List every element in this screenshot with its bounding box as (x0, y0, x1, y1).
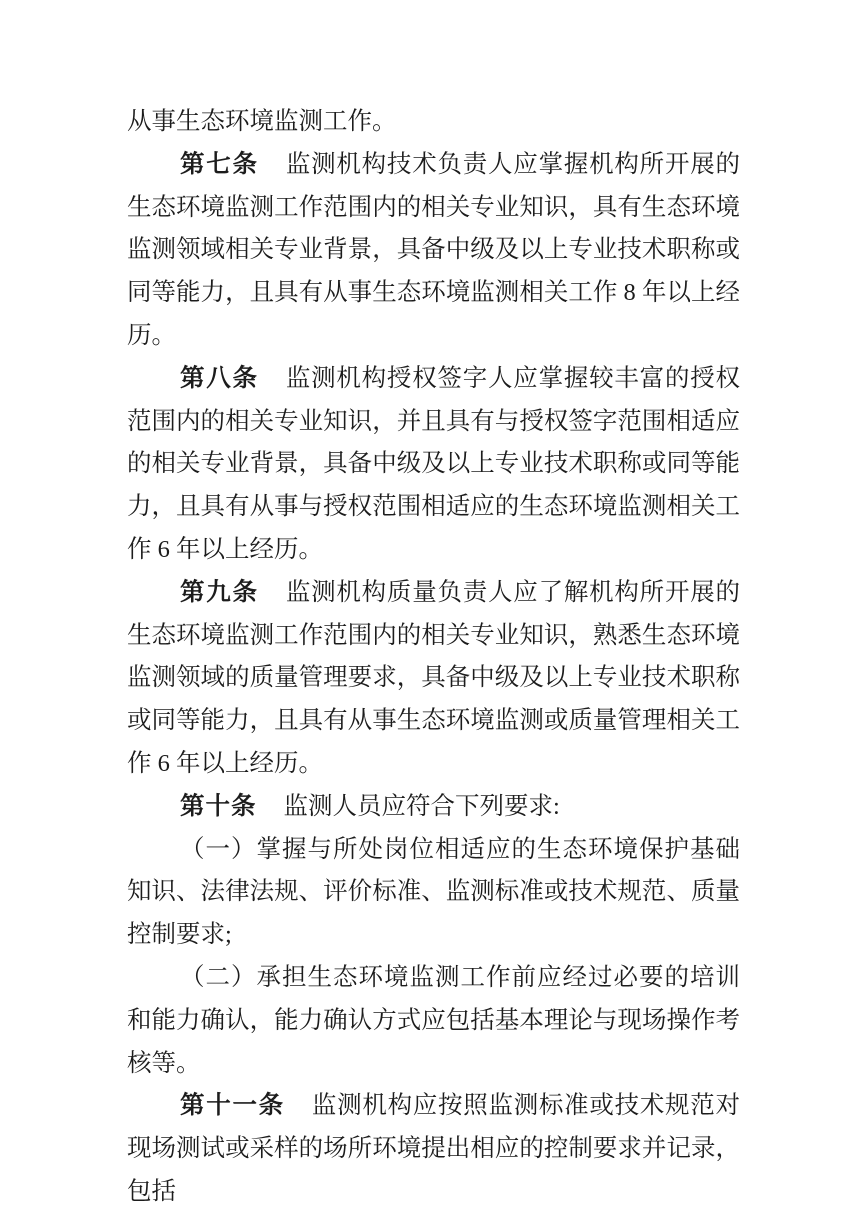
paragraph: 从事生态环境监测工作。 (127, 101, 740, 144)
paragraph-text: 监测人员应符合下列要求: (284, 793, 560, 820)
article-number: 第十条 (180, 793, 257, 820)
article-paragraph: 第九条监测机构质量负责人应了解机构所开展的生态环境监测工作范围内的相关专业知识，… (127, 572, 740, 786)
paragraph-text: 监测机构质量负责人应了解机构所开展的生态环境监测工作范围内的相关专业知识，熟悉生… (127, 579, 740, 777)
article-number: 第七条 (180, 151, 259, 178)
document-page: 从事生态环境监测工作。第七条监测机构技术负责人应掌握机构所开展的生态环境监测工作… (0, 0, 860, 1216)
paragraph: （二）承担生态环境监测工作前应经过必要的培训和能力确认，能力确认方式应包括基本理… (127, 957, 740, 1085)
article-paragraph: 第十一条监测机构应按照监测标准或技术规范对现场测试或采样的场所环境提出相应的控制… (127, 1085, 740, 1213)
article-paragraph: 第八条监测机构授权签字人应掌握较丰富的授权范围内的相关专业知识，并且具有与授权签… (127, 358, 740, 572)
article-number: 第九条 (180, 579, 259, 606)
paragraph-text: 监测机构技术负责人应掌握机构所开展的生态环境监测工作范围内的相关专业知识，具有生… (127, 151, 740, 349)
paragraph-text: 监测机构授权签字人应掌握较丰富的授权范围内的相关专业知识，并且具有与授权签字范围… (127, 365, 740, 563)
article-number: 第十一条 (180, 1092, 285, 1119)
article-paragraph: 第七条监测机构技术负责人应掌握机构所开展的生态环境监测工作范围内的相关专业知识，… (127, 144, 740, 358)
document-body: 从事生态环境监测工作。第七条监测机构技术负责人应掌握机构所开展的生态环境监测工作… (127, 101, 740, 1214)
article-paragraph: 第十条监测人员应符合下列要求: (127, 786, 740, 829)
article-number: 第八条 (180, 365, 259, 392)
paragraph-text: （一）掌握与所处岗位相适应的生态环境保护基础知识、法律法规、评价标准、监测标准或… (127, 836, 740, 949)
paragraph: （一）掌握与所处岗位相适应的生态环境保护基础知识、法律法规、评价标准、监测标准或… (127, 829, 740, 957)
paragraph-text: （二）承担生态环境监测工作前应经过必要的培训和能力确认，能力确认方式应包括基本理… (127, 964, 740, 1077)
paragraph-text: 从事生态环境监测工作。 (127, 108, 397, 135)
